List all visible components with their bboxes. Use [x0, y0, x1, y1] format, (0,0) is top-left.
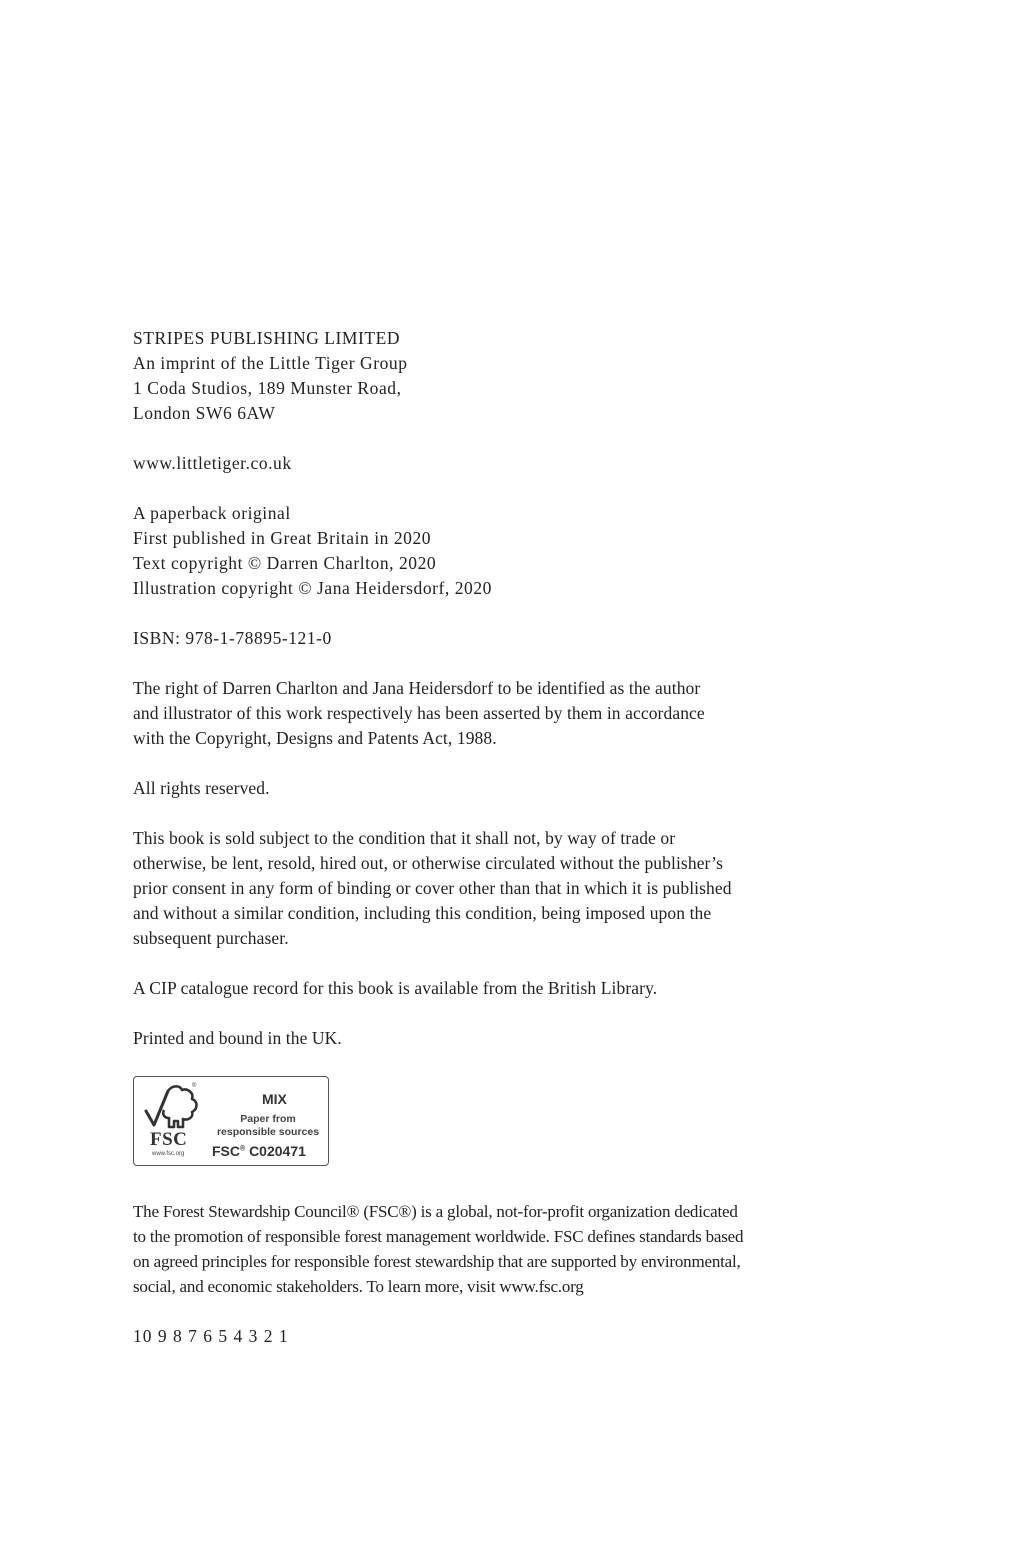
rights-reserved: All rights reserved.: [133, 776, 873, 801]
moral-rights-line: with the Copyright, Designs and Patents …: [133, 726, 873, 751]
moral-rights-block: The right of Darren Charlton and Jana He…: [133, 676, 873, 751]
printed-statement: Printed and bound in the UK.: [133, 1026, 873, 1051]
fsc-license-code: FSC® C020471: [212, 1143, 306, 1159]
edition-format: A paperback original: [133, 501, 873, 526]
moral-rights-line: and illustrator of this work respectivel…: [133, 701, 873, 726]
first-published: First published in Great Britain in 2020: [133, 526, 873, 551]
isbn-block: ISBN: 978-1-78895-121-0: [133, 626, 873, 651]
edition-block: A paperback original First published in …: [133, 501, 873, 601]
printed-block: Printed and bound in the UK.: [133, 1026, 873, 1051]
fsc-logo: ® FSC www.fsc.org MIX Paper from respons…: [133, 1076, 329, 1166]
printer-line-block: 10 9 8 7 6 5 4 3 2 1: [133, 1324, 873, 1349]
sale-condition-line: otherwise, be lent, resold, hired out, o…: [133, 851, 873, 876]
printer-line: 10 9 8 7 6 5 4 3 2 1: [133, 1324, 873, 1349]
website-block: www.littletiger.co.uk: [133, 451, 873, 476]
cip-block: A CIP catalogue record for this book is …: [133, 976, 873, 1001]
imprint-line: An imprint of the Little Tiger Group: [133, 351, 873, 376]
copyright-page: STRIPES PUBLISHING LIMITED An imprint of…: [133, 326, 873, 1374]
registered-mark: ®: [192, 1083, 196, 1089]
publisher-website: www.littletiger.co.uk: [133, 451, 873, 476]
fsc-code-registered: ®: [240, 1145, 245, 1152]
publisher-block: STRIPES PUBLISHING LIMITED An imprint of…: [133, 326, 873, 426]
fsc-statement-line: social, and economic stakeholders. To le…: [133, 1274, 873, 1299]
fsc-code-prefix: FSC: [212, 1143, 240, 1159]
rights-reserved-block: All rights reserved.: [133, 776, 873, 801]
sale-condition-line: prior consent in any form of binding or …: [133, 876, 873, 901]
moral-rights-line: The right of Darren Charlton and Jana He…: [133, 676, 873, 701]
sale-condition-line: and without a similar condition, includi…: [133, 901, 873, 926]
fsc-paper-line-1: Paper from: [214, 1113, 322, 1126]
fsc-wordmark: FSC: [150, 1129, 187, 1151]
sale-condition-line: subsequent purchaser.: [133, 926, 873, 951]
cip-statement: A CIP catalogue record for this book is …: [133, 976, 873, 1001]
address-line-2: London SW6 6AW: [133, 401, 873, 426]
fsc-mix-label: MIX: [262, 1091, 287, 1107]
illustration-copyright: Illustration copyright © Jana Heidersdor…: [133, 576, 873, 601]
sale-condition-block: This book is sold subject to the conditi…: [133, 826, 873, 951]
publisher-name: STRIPES PUBLISHING LIMITED: [133, 326, 873, 351]
fsc-statement-line: to the promotion of responsible forest m…: [133, 1224, 873, 1249]
fsc-statement-line: on agreed principles for responsible for…: [133, 1249, 873, 1274]
address-line-1: 1 Coda Studios, 189 Munster Road,: [133, 376, 873, 401]
fsc-code-number: C020471: [249, 1143, 306, 1159]
isbn: ISBN: 978-1-78895-121-0: [133, 626, 873, 651]
sale-condition-line: This book is sold subject to the conditi…: [133, 826, 873, 851]
fsc-statement-block: The Forest Stewardship Council® (FSC®) i…: [133, 1199, 873, 1299]
fsc-statement-line: The Forest Stewardship Council® (FSC®) i…: [133, 1199, 873, 1224]
text-copyright: Text copyright © Darren Charlton, 2020: [133, 551, 873, 576]
fsc-url: www.fsc.org: [152, 1151, 184, 1157]
fsc-paper-line-2: responsible sources: [214, 1126, 322, 1139]
